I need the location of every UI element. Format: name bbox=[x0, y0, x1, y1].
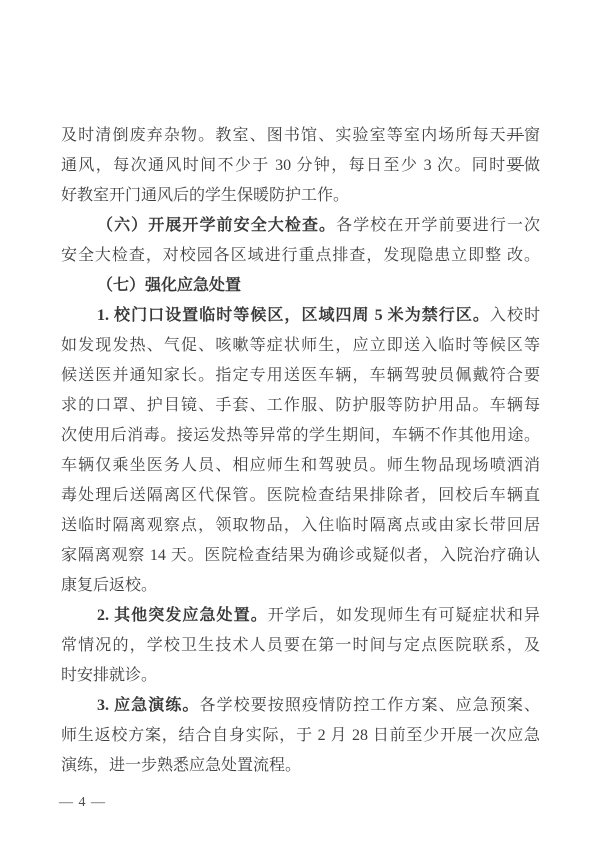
body-text: 好教室开门通风后的学生保暖防护工作。 bbox=[61, 187, 349, 204]
body-text: 做 bbox=[524, 157, 540, 174]
text-line: 通风，每次通风时间不少于 30 分钟，每日至少 3 次。同时要做 bbox=[61, 151, 540, 181]
page-number: — 4 — bbox=[59, 795, 106, 811]
text-line: 2. 其他突发应急处置。开学后，如发现师生有可疑症状和异 bbox=[61, 601, 540, 631]
body-text: 时安排就诊。 bbox=[61, 667, 157, 684]
text-line: 时安排就诊。 bbox=[61, 661, 540, 691]
body-text: 入校时 bbox=[490, 307, 540, 324]
text-line: 候送医并通知家长。指定专用送医车辆，车辆驾驶员佩戴符合要 bbox=[61, 361, 540, 391]
text-line: 次使用后消毒。接运发热等异常的学生期间，车辆不作其他用途。 bbox=[61, 421, 540, 451]
text-line: 毒处理后送隔离区代保管。医院检查结果排除者，回校后车辆直 bbox=[61, 481, 540, 511]
text-line: 如发现发热、气促、咳嗽等症状师生，应立即送入临时等候区等 bbox=[61, 331, 540, 361]
emphasis-text: 2. 其他突发应急处置。 bbox=[97, 607, 268, 624]
text-line: 康复后返校。 bbox=[61, 571, 540, 601]
body-text: 要 bbox=[507, 157, 524, 174]
body-text: 候送医并通知家长。指定专用送医车辆，车辆驾驶员佩戴符合要 bbox=[61, 367, 540, 384]
text-line: 及时清倒废弃杂物。教室、图书馆、实验室等室内场所每天开窗 bbox=[61, 121, 540, 151]
scanned-document-page: 及时清倒废弃杂物。教室、图书馆、实验室等室内场所每天开窗通风，每次通风时间不少于… bbox=[0, 0, 601, 856]
body-text: 毒处理后送隔离区代保管。医院检查结果排除者，回校后车辆直 bbox=[61, 487, 540, 504]
body-text: 通风，每次通风时间不少于 30 分钟，每日至少 3 次。同时 bbox=[61, 157, 507, 174]
emphasis-text: （六）开展开学前安全大检查。 bbox=[97, 217, 336, 234]
text-line: 常情况的，学校卫生技术人员要在第一时间与定点医院联系，及 bbox=[61, 631, 540, 661]
text-line: 3. 应急演练。各学校要按照疫情防控工作方案、应急预案、 bbox=[61, 691, 540, 721]
body-text: 常情况的，学校卫生技术人员要在第一时间与定点医院联系，及 bbox=[61, 637, 540, 654]
text-line: 师生返校方案，结合自身实际，于 2 月 28 日前至少开展一次应急 bbox=[61, 721, 540, 751]
emphasis-text: （七）强化应急处置 bbox=[97, 277, 241, 294]
body-text: 送临时隔离观察点，领取物品，入住临时隔离点或由家长带回居 bbox=[61, 517, 540, 534]
document-content: 及时清倒废弃杂物。教室、图书馆、实验室等室内场所每天开窗通风，每次通风时间不少于… bbox=[61, 121, 540, 781]
text-line: 求的口罩、护目镜、手套、工作服、防护服等防护用品。车辆每 bbox=[61, 391, 540, 421]
body-text: 求的口罩、护目镜、手套、工作服、防护服等防护用品。车辆每 bbox=[61, 397, 540, 414]
text-line: 送临时隔离观察点，领取物品，入住临时隔离点或由家长带回居 bbox=[61, 511, 540, 541]
emphasis-text: 3. 应急演练。 bbox=[97, 697, 199, 714]
emphasis-text: 1. 校门口设置临时等候区，区域四周 5 米为禁行区。 bbox=[97, 307, 490, 324]
body-text: 家隔离观察 14 天。医院检查结果为确诊或疑似者，入院治疗确认 bbox=[61, 547, 540, 564]
text-line: 1. 校门口设置临时等候区，区域四周 5 米为禁行区。入校时 bbox=[61, 301, 540, 331]
body-text: 开 bbox=[507, 127, 524, 144]
body-text: 各学校要按照疫情防控工作方案、应急预案、 bbox=[199, 697, 540, 714]
body-text: 演练，进一步熟悉应急处置流程。 bbox=[61, 757, 301, 774]
body-text: 各学校在开学前要进行一次 bbox=[336, 217, 540, 234]
body-text: 康复后返校。 bbox=[61, 577, 157, 594]
text-line: 好教室开门通风后的学生保暖防护工作。 bbox=[61, 181, 540, 211]
body-text: 次使用后消毒。接运发热等异常的学生期间，车辆不作其他用途。 bbox=[61, 427, 540, 444]
text-line: 车辆仅乘坐医务人员、相应师生和驾驶员。师生物品现场喷洒消 bbox=[61, 451, 540, 481]
text-line: 安全大检查，对校园各区域进行重点排查，发现隐患立即整 改。 bbox=[61, 241, 540, 271]
text-line: （七）强化应急处置 bbox=[61, 271, 540, 301]
body-text: 开学后，如发现师生有可疑症状和异 bbox=[268, 607, 540, 624]
body-text: 及时清倒废弃杂物。教室、图书馆、实验室等室内场所每天 bbox=[61, 127, 507, 144]
text-line: 演练，进一步熟悉应急处置流程。 bbox=[61, 751, 540, 781]
body-text: 师生返校方案，结合自身实际，于 2 月 28 日前至少开展一次应急 bbox=[61, 727, 540, 744]
text-line: 家隔离观察 14 天。医院检查结果为确诊或疑似者，入院治疗确认 bbox=[61, 541, 540, 571]
body-text: 安全大检查，对校园各区域进行重点排查，发现隐患立即整 改。 bbox=[61, 247, 540, 264]
body-text: 如发现发热、气促、咳嗽等症状师生，应立即送入临时等候区等 bbox=[61, 337, 540, 354]
text-line: （六）开展开学前安全大检查。各学校在开学前要进行一次 bbox=[61, 211, 540, 241]
body-text: 窗 bbox=[524, 127, 540, 144]
body-text: 车辆仅乘坐医务人员、相应师生和驾驶员。师生物品现场喷洒消 bbox=[61, 457, 540, 474]
